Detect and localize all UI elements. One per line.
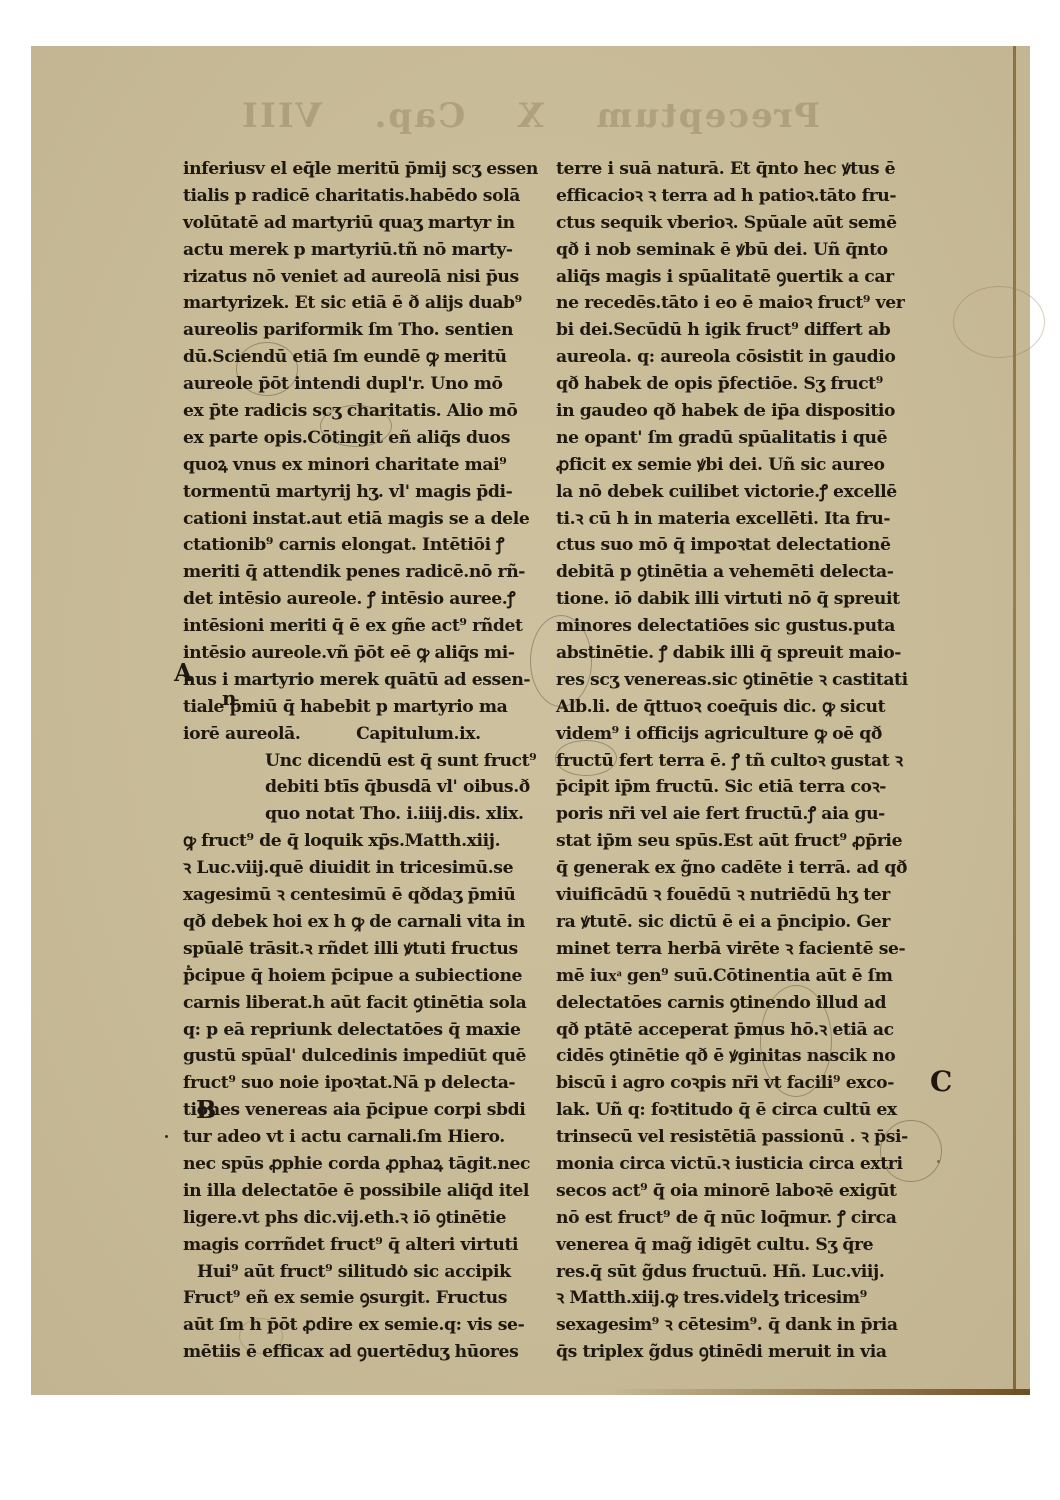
text-line: intēsioni meriti q̄ ē ex gñe act⁹ rñdet: [183, 613, 553, 640]
text-line: efficacioꝛ ꝛ terra ad h patioꝛ.tāto fru-: [556, 183, 926, 210]
text-line: gustū spūal' dulcedinis impediūt quē: [183, 1043, 553, 1070]
text-line: biscū i agro coꝛpis nr̄i vt facili⁹ exco…: [556, 1070, 926, 1097]
text-line: ex p̄te radicis scʒ charitatis. Alio mō: [183, 398, 553, 425]
text-line: martyrizek. Et sic etiā ē ð alijs duab⁹: [183, 290, 553, 317]
text-line: fructū fert terra ē. ꝭ tñ cultoꝛ gustat …: [556, 748, 926, 775]
ink-speck: [165, 1135, 168, 1138]
text-line: fruct⁹ suo noie ipoꝛtat.Nā p delecta-: [183, 1070, 553, 1097]
page-right-edge: [1013, 46, 1016, 1395]
text-line: res scʒ venereas.sic ꝯtinētie ꝛ castitat…: [556, 667, 926, 694]
water-stain-right: [953, 286, 1045, 358]
text-line: videm⁹ i officijs agriculture ꝙ oē qð: [556, 721, 926, 748]
marginal-guide-letter-n: n: [222, 686, 237, 710]
ink-speck: [187, 965, 190, 968]
text-line: ex parte opis.Cōtingit eñ aliq̄s duos: [183, 425, 553, 452]
text-line: tiale p̄miū q̄ habebit p martyrio ma: [183, 694, 553, 721]
text-line: spūalē trāsit.ꝛ rñdet illi ꝟtuti fructus: [183, 936, 553, 963]
left-text-column: inferiusv el eq̄le meritū p̄mij scʒ esse…: [183, 156, 553, 1366]
text-line: volūtatē ad martyriū quaʒ martyr in: [183, 210, 553, 237]
text-line: tur adeo vt i actu carnali.ſm Hiero.: [183, 1124, 553, 1151]
text-line: abstinētie. ꝭ dabik illi q̄ spreuit maio…: [556, 640, 926, 667]
text-line: aureola. q: aureola cōsistit in gaudio: [556, 344, 926, 371]
text-line: ti.ꝛ cū h in materia excellēti. Ita fru-: [556, 506, 926, 533]
text-line: qð i nob seminak ē ꝟbū dei. Uñ q̄nto: [556, 237, 926, 264]
text-line: quoꝝ vnus ex minori charitate mai⁹: [183, 452, 553, 479]
text-line: aureole p̄ōt intendi dupl'r. Uno mō: [183, 371, 553, 398]
text-line: aureolis pariformik ſm Tho. sentien: [183, 317, 553, 344]
text-line: venerea q̄ mag̃ idigēt cultu. Sʒ q̄re: [556, 1232, 926, 1259]
text-line: nō est fruct⁹ de q̄ nūc loq̄mur. ꝭ circa: [556, 1205, 926, 1232]
text-line: secos act⁹ q̄ oia minorē laboꝛē exigūt: [556, 1178, 926, 1205]
text-line: debitā p ꝯtinētia a vehemēti delecta-: [556, 559, 926, 586]
text-line: bi dei.Secūdū h igik fruct⁹ differt ab: [556, 317, 926, 344]
text-line: magis corrñdet fruct⁹ q̄ alteri virtuti: [183, 1232, 553, 1259]
text-line: tiones venereas aia p̄cipue corpi sbdi: [183, 1097, 553, 1124]
text-line: Fruct⁹ eñ ex semie ꝯsurgit. Fructus: [183, 1285, 553, 1312]
text-line: qð debek hoi ex h ꝙ de carnali vita in: [183, 909, 553, 936]
text-line: in gaudeo qð habek de ip̄a dispositio: [556, 398, 926, 425]
running-head-part: X: [516, 96, 544, 136]
text-line: tormentū martyrij hʒ. vl' magis p̄di-: [183, 479, 553, 506]
text-fragment: iorē aureolā.: [183, 724, 301, 744]
marginal-letter-c: C: [930, 1065, 952, 1098]
text-line: tialis p radicē charitatis.habēdo solā: [183, 183, 553, 210]
text-line: p̄cipit ip̄m fructū. Sic etiā terra coꝛ-: [556, 774, 926, 801]
text-line: ꝓficit ex semie ꝟbi dei. Uñ sic aureo: [556, 452, 926, 479]
text-line: nus i martyrio merek quātū ad essen-: [183, 667, 553, 694]
ink-speck: [937, 1160, 940, 1163]
text-line: dū.Sciendū etiā ſm eundē ꝙ meritū: [183, 344, 553, 371]
text-line: aūt ſm h p̄ōt ꝓdire ex semie.q: vis se-: [183, 1312, 553, 1339]
text-line: actu merek p martyriū.tñ nō marty-: [183, 237, 553, 264]
text-line: res.q̄ sūt g̃dus fructuū. Hñ. Luc.viij.: [556, 1259, 926, 1286]
text-line: intēsio aureole.vñ p̄ōt eē ꝙ aliq̄s mi-: [183, 640, 553, 667]
text-line: mē iuxͣ gen⁹ suū.Cōtinentia aūt ē ſm: [556, 963, 926, 990]
text-line: ꝙ fruct⁹ de q̄ loquik xp̄s.Matth.xiij.: [183, 828, 553, 855]
text-line: ra ꝟtutē. sic dictū ē ei a p̄ncipio. Ger: [556, 909, 926, 936]
text-line: viuificādū ꝛ fouēdū ꝛ nutriēdū hʒ ter: [556, 882, 926, 909]
text-line-with-chapter: iorē aureolā. Capitulum.ix.: [183, 721, 553, 748]
text-line: minet terra herbā virēte ꝛ facientē se-: [556, 936, 926, 963]
text-line: sexagesim⁹ ꝛ cētesim⁹. q̄ dank in p̄ria: [556, 1312, 926, 1339]
text-line: cationi instat.aut etiā magis se a dele: [183, 506, 553, 533]
text-line: xagesimū ꝛ centesimū ē qðdaʒ p̄miū: [183, 882, 553, 909]
text-line: q̄ generak ex g̃no cadēte i terrā. ad qð: [556, 855, 926, 882]
text-line: ctus sequik vberioꝛ. Spūale aūt semē: [556, 210, 926, 237]
text-line: rizatus nō veniet ad aureolā nisi p̄us: [183, 264, 553, 291]
text-line: p̄cipue q̄ hoiem p̄cipue a subiectione: [183, 963, 553, 990]
text-line: terre i suā naturā. Et q̄nto hec ꝟtus ē: [556, 156, 926, 183]
text-line: stat ip̄m seu spūs.Est aūt fruct⁹ ꝓp̄rie: [556, 828, 926, 855]
text-line: meriti q̄ attendik penes radicē.nō rñ-: [183, 559, 553, 586]
text-line: inferiusv el eq̄le meritū p̄mij scʒ esse…: [183, 156, 553, 183]
text-line: poris nr̄i vel aie fert fructū.ꝭ aia gu-: [556, 801, 926, 828]
running-head-showthrough: Preceptum X Cap. VIII: [240, 96, 820, 136]
running-head-part: VIII: [240, 96, 322, 136]
text-line: qð ptātē acceperat p̄mus hō.ꝛ etiā ac: [556, 1017, 926, 1044]
page-bottom-edge-shadow: [610, 1389, 1030, 1395]
running-head-part: Cap.: [373, 96, 466, 136]
marginal-letter-a: A: [174, 658, 193, 687]
text-line: trinsecū vel resistētiā passionū . ꝛ p̄s…: [556, 1124, 926, 1151]
text-line: det intēsio aureole. ꝭ intēsio auree.ꝭ: [183, 586, 553, 613]
marginal-letter-b: B: [196, 1095, 216, 1124]
text-line: quo notat Tho. i.iiij.dis. xlix.: [183, 801, 553, 828]
text-line: ne recedēs.tāto i eo ē maioꝛ fruct⁹ ver: [556, 290, 926, 317]
text-line: aliq̄s magis i spūalitatē ꝯuertik a car: [556, 264, 926, 291]
text-line: mētiis ē efficax ad ꝯuertēduʒ hūores: [183, 1339, 553, 1366]
text-line: ctationib⁹ carnis elongat. Intētiōi ꝭ: [183, 532, 553, 559]
text-line: monia circa victū.ꝛ iusticia circa extri: [556, 1151, 926, 1178]
text-line: qð habek de opis p̄fectiōe. Sʒ fruct⁹: [556, 371, 926, 398]
text-line: nec spūs ꝓphie corda ꝓphaꝝ tāgit.nec: [183, 1151, 553, 1178]
text-line: in illa delectatōe ē possibile aliq̄d it…: [183, 1178, 553, 1205]
text-line: ꝛ Luc.viij.quē diuidit in tricesimū.se: [183, 855, 553, 882]
text-line: debiti btīs q̄busdā vl' oibus.ð: [183, 774, 553, 801]
running-head-part: Preceptum: [594, 96, 820, 136]
text-line: cidēs ꝯtinētie qð ē ꝟginitas nascik no: [556, 1043, 926, 1070]
text-line: ne opant' ſm gradū spūalitatis i quē: [556, 425, 926, 452]
text-line: q: p eā repriunk delectatōes q̄ maxie: [183, 1017, 553, 1044]
text-line: carnis liberat.h aūt facit ꝯtinētia sola: [183, 990, 553, 1017]
text-line: ligere.vt phs dic.vij.eth.ꝛ iō ꝯtinētie: [183, 1205, 553, 1232]
text-line: Unc dicendū est q̄ sunt fruct⁹: [183, 748, 553, 775]
text-line: q̄s triplex g̃dus ꝯtinēdi meruit in via: [556, 1339, 926, 1366]
text-line: ctus suo mō q̄ impoꝛtat delectationē: [556, 532, 926, 559]
text-line: Hui⁹ aūt fruct⁹ silitudo sic accipik: [183, 1259, 553, 1286]
ink-speck: [400, 1265, 403, 1268]
text-line: minores delectatiōes sic gustus.puta: [556, 613, 926, 640]
text-line: la nō debek cuilibet victorie.ꝭ excellē: [556, 479, 926, 506]
text-line: ꝛ Matth.xiij.ꝙ tres.videlʒ tricesim⁹: [556, 1285, 926, 1312]
right-text-column: terre i suā naturā. Et q̄nto hec ꝟtus ē …: [556, 156, 926, 1366]
chapter-heading: Capitulum.ix.: [356, 724, 481, 744]
text-line: lak. Uñ q: foꝛtitudo q̄ ē circa cultū ex: [556, 1097, 926, 1124]
text-line: Alb.li. de q̄ttuoꝛ coeq̄uis dic. ꝙ sicut: [556, 694, 926, 721]
text-line: tione. iō dabik illi virtuti nō q̄ spreu…: [556, 586, 926, 613]
text-line: delectatōes carnis ꝯtinendo illud ad: [556, 990, 926, 1017]
